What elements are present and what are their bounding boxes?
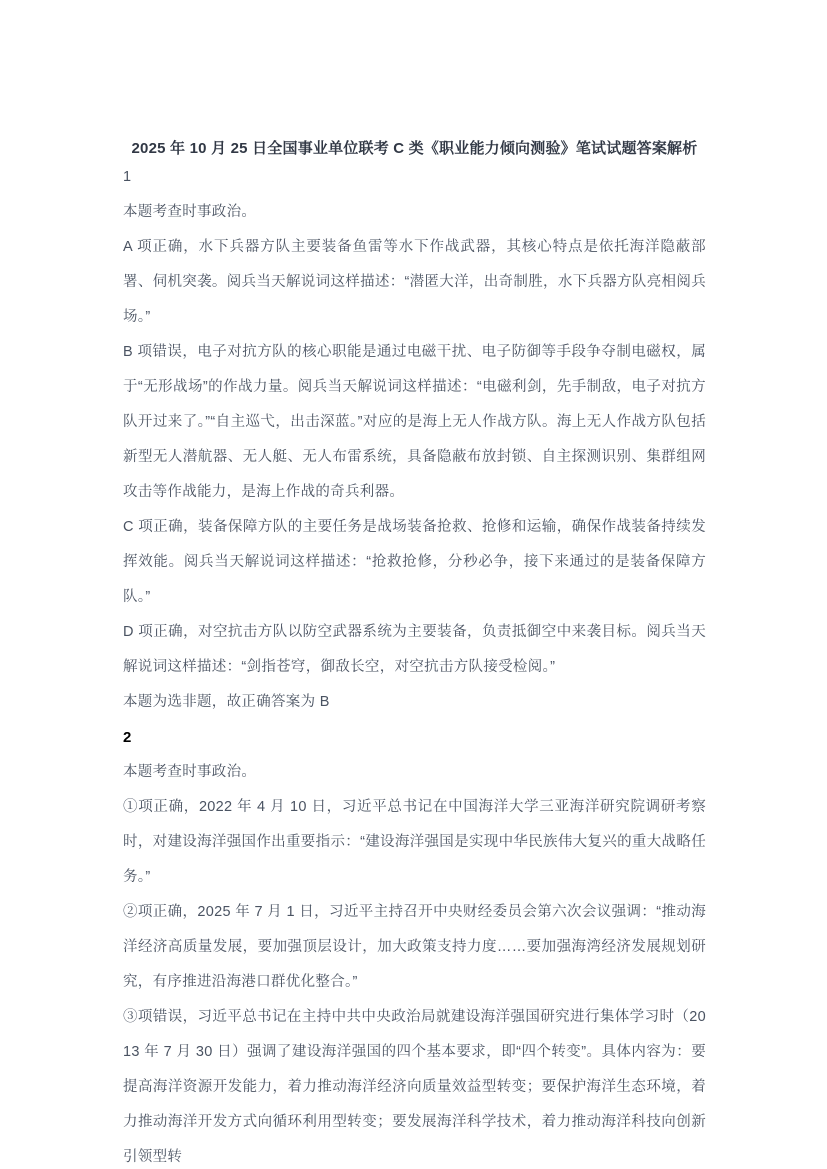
question-1-option-d-paragraph: D 项正确，对空抗击方队以防空武器系统为主要装备，负责抵御空中来袭目标。阅兵当天… <box>123 615 706 685</box>
question-1-answer-paragraph: 本题为选非题，故正确答案为 B <box>123 685 706 720</box>
document-title: 2025 年 10 月 25 日全国事业单位联考 C 类《职业能力倾向测验》笔试… <box>123 138 706 160</box>
question-2-intro-paragraph: 本题考查时事政治。 <box>123 755 706 790</box>
question-1-number: 1 <box>123 160 706 195</box>
question-1-option-c-paragraph: C 项正确，装备保障方队的主要任务是战场装备抢救、抢修和运输，确保作战装备持续发… <box>123 510 706 615</box>
question-1-intro-paragraph: 本题考查时事政治。 <box>123 195 706 230</box>
question-2-option-1-paragraph: ①项正确，2022 年 4 月 10 日，习近平总书记在中国海洋大学三亚海洋研究… <box>123 790 706 895</box>
question-2-option-3-paragraph: ③项错误，习近平总书记在主持中共中央政治局就建设海洋强国研究进行集体学习时（20… <box>123 1000 706 1169</box>
question-2-number: 2 <box>123 720 706 755</box>
question-2-option-2-paragraph: ②项正确，2025 年 7 月 1 日，习近平主持召开中央财经委员会第六次会议强… <box>123 895 706 1000</box>
question-1-option-a-paragraph: A 项正确，水下兵器方队主要装备鱼雷等水下作战武器，其核心特点是依托海洋隐蔽部署… <box>123 230 706 335</box>
question-1-option-b-paragraph: B 项错误，电子对抗方队的核心职能是通过电磁干扰、电子防御等手段争夺制电磁权，属… <box>123 335 706 510</box>
document-content: 2025 年 10 月 25 日全国事业单位联考 C 类《职业能力倾向测验》笔试… <box>123 138 706 1169</box>
document-page: 2025 年 10 月 25 日全国事业单位联考 C 类《职业能力倾向测验》笔试… <box>0 0 827 1169</box>
